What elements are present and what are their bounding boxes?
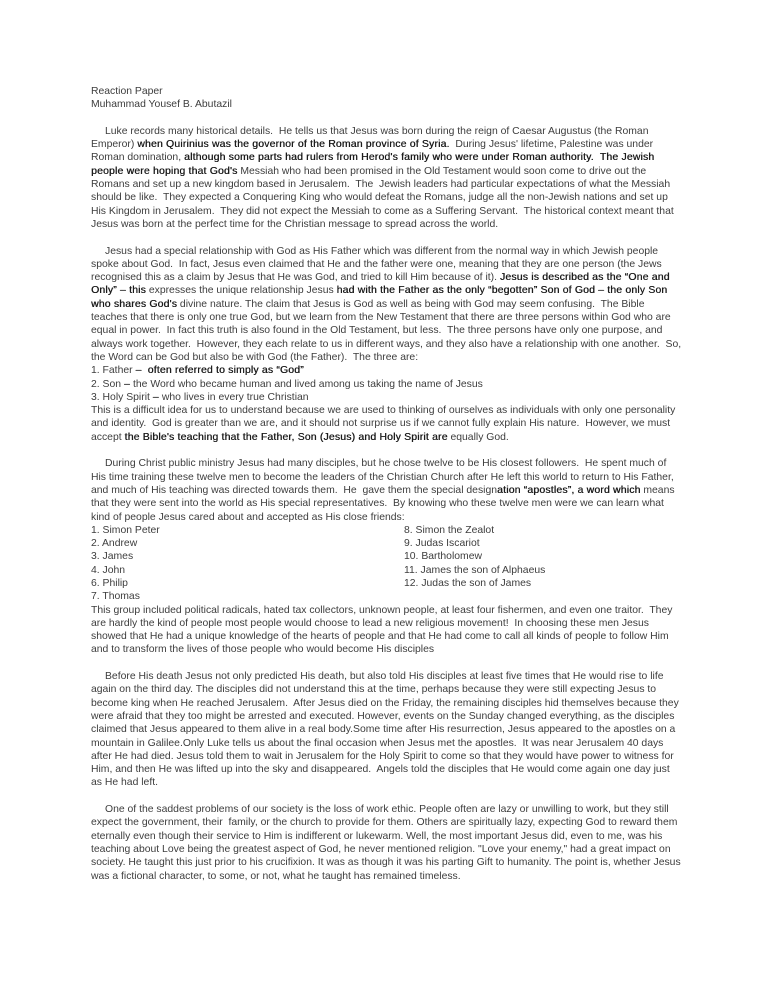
- apostle-item-right: 11. James the son of Alphaeus: [404, 564, 683, 577]
- document-page: Reaction PaperMuhammad Yousef B. Abutazi…: [0, 0, 768, 994]
- text-run: equally God.: [448, 432, 509, 443]
- apostles-paragraph: During Christ public ministry Jesus had …: [91, 457, 683, 523]
- text-run: who lives in every true Christian: [162, 392, 309, 403]
- intro-paragraph: Luke records many historical details. He…: [91, 125, 683, 231]
- trinity-list: 1. Father – often referred to simply as …: [91, 364, 683, 404]
- list-item: 1. Father – often referred to simply as …: [91, 364, 683, 377]
- apostle-item-right: 10. Bartholomew: [404, 550, 683, 563]
- doc-header: Reaction PaperMuhammad Yousef B. Abutazi…: [91, 85, 683, 112]
- text-run: divine nature. The claim that Jesus is G…: [91, 299, 684, 363]
- text-run: 1. Father: [91, 365, 135, 376]
- doc-title: Reaction Paper: [91, 85, 683, 98]
- apostle-item-right: 12. Judas the son of James: [404, 577, 683, 590]
- emphasized-text-run: ation “apostles”, a word which: [497, 485, 640, 496]
- apostle-item-right: [404, 590, 683, 603]
- text-run: expresses the unique relationship Jesus: [146, 285, 337, 296]
- apostle-item-left: 7. Thomas: [91, 590, 404, 603]
- text-run: 2. Son: [91, 379, 124, 390]
- text-run: Before His death Jesus not only predicte…: [91, 671, 682, 788]
- resurrection-paragraph: Before His death Jesus not only predicte…: [91, 670, 683, 790]
- emphasized-text-run: – often referred to simply as “God”: [135, 365, 303, 376]
- apostle-item-left: 3. James: [91, 550, 404, 563]
- trinity-paragraph: Jesus had a special relationship with Go…: [91, 245, 683, 365]
- reaction-paragraph: One of the saddest problems of our socie…: [91, 803, 683, 883]
- emphasized-text-run: the Bible's teaching that the Father, So…: [125, 432, 448, 443]
- text-run: the Word who became human and lived amon…: [133, 379, 483, 390]
- apostle-item-left: 2. Andrew: [91, 537, 404, 550]
- text-run: One of the saddest problems of our socie…: [91, 804, 684, 881]
- emphasized-text-run: –: [124, 379, 133, 390]
- list-item: 3. Holy Spirit – who lives in every true…: [91, 391, 683, 404]
- apostles-conclusion-paragraph: This group included political radicals, …: [91, 604, 683, 657]
- apostle-item-right: 9. Judas Iscariot: [404, 537, 683, 550]
- apostle-item-left: 1. Simon Peter: [91, 524, 404, 537]
- trinity-conclusion-paragraph: This is a difficult idea for us to under…: [91, 404, 683, 444]
- text-run: 3. Holy Spirit: [91, 392, 153, 403]
- apostle-item-left: 6. Philip: [91, 577, 404, 590]
- apostles-two-column-list: 1. Simon Peter8. Simon the Zealot2. Andr…: [91, 524, 683, 604]
- text-run: This group included political radicals, …: [91, 605, 675, 656]
- doc-author: Muhammad Yousef B. Abutazil: [91, 98, 683, 111]
- list-item: 2. Son – the Word who became human and l…: [91, 378, 683, 391]
- apostle-item-left: 4. John: [91, 564, 404, 577]
- document-content: Reaction PaperMuhammad Yousef B. Abutazi…: [91, 85, 683, 883]
- emphasized-text-run: –: [153, 392, 162, 403]
- emphasized-text-run: when Quirinius was the governor of the R…: [137, 139, 449, 150]
- apostle-item-right: 8. Simon the Zealot: [404, 524, 683, 537]
